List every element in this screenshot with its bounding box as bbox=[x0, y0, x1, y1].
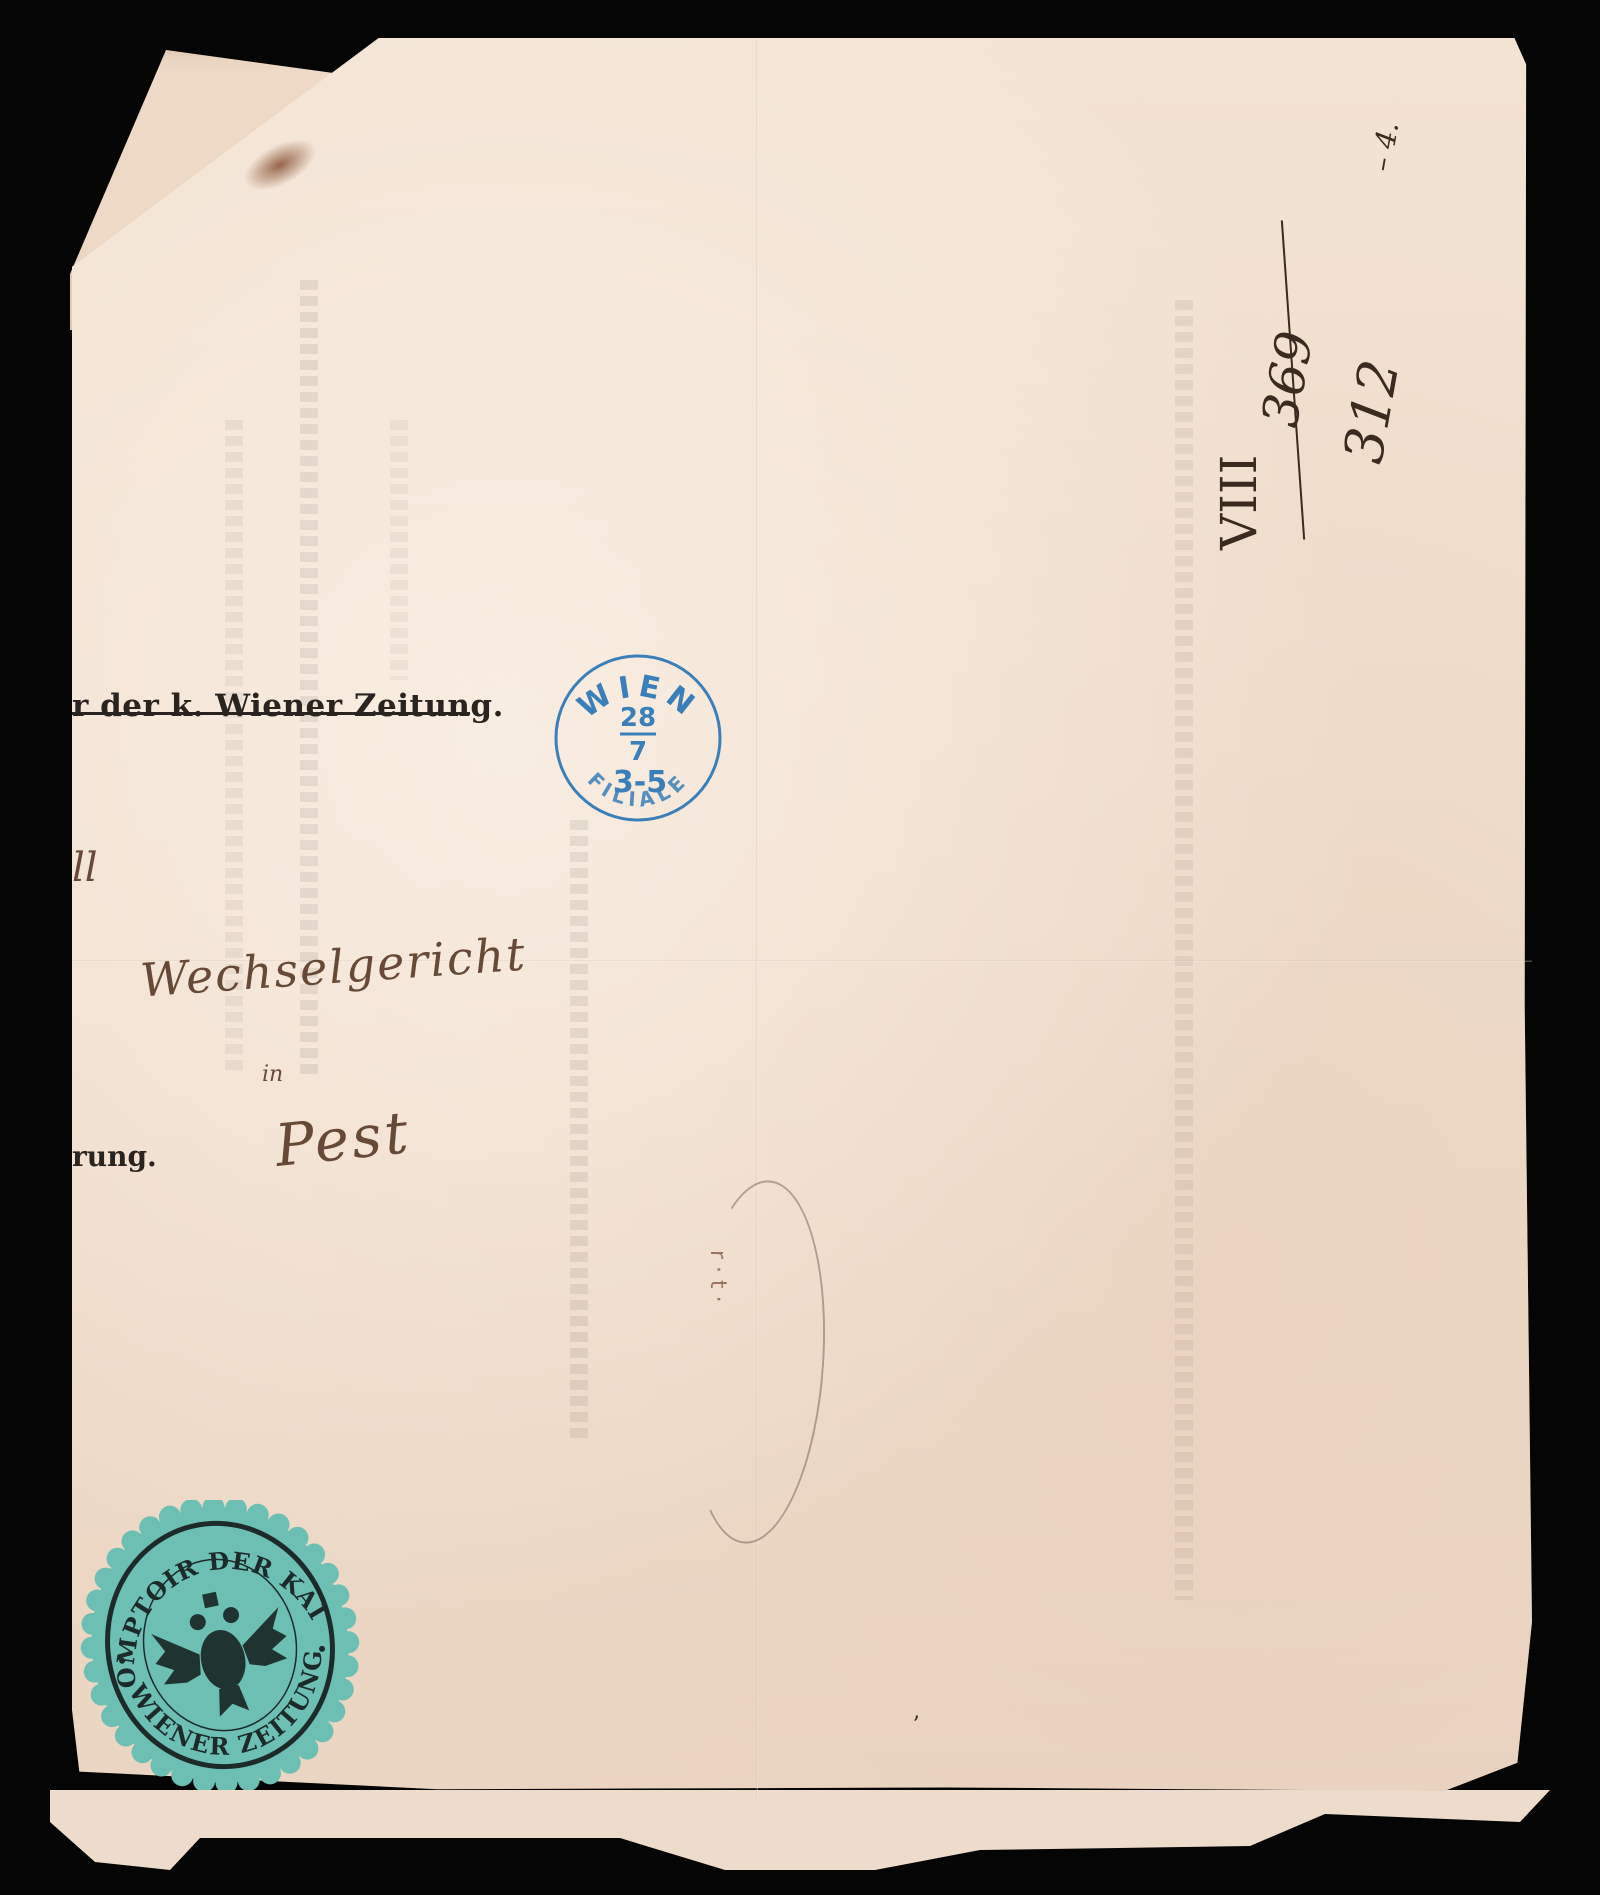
handwritten-preposition: in bbox=[262, 1062, 283, 1087]
bleed-through-text bbox=[1175, 300, 1193, 1600]
printed-text-fragment: rung. bbox=[72, 1140, 157, 1173]
wiener-zeitung-seal: COMPTOIR DER KAIS. WIENER ZEITUNG bbox=[75, 1500, 365, 1790]
registry-annotation: VIII 369 312 – 4. bbox=[1200, 220, 1460, 580]
postmark-circle-icon: WIEN 28 7 3-5 FILIALE bbox=[548, 648, 728, 828]
bleed-through-text bbox=[570, 820, 588, 1440]
registry-number-top: 369 bbox=[1251, 327, 1325, 431]
seal-emblem-icon: COMPTOIR DER KAIS. WIENER ZEITUNG bbox=[75, 1500, 365, 1790]
wien-postmark: WIEN 28 7 3-5 FILIALE bbox=[548, 648, 728, 828]
paper-stack-edge bbox=[50, 1790, 1550, 1870]
bleed-through-text bbox=[390, 420, 408, 680]
pencil-marks: r · t · bbox=[705, 1250, 730, 1303]
registry-number-bottom: 312 bbox=[1332, 355, 1412, 467]
svg-text:28: 28 bbox=[620, 703, 656, 733]
handwritten-partial: ll bbox=[72, 845, 98, 891]
header-rule bbox=[72, 712, 470, 715]
roman-numeral: VIII bbox=[1210, 455, 1268, 550]
handwritten-city: Pest bbox=[272, 1098, 414, 1180]
ink-dot: ʼ bbox=[912, 1713, 919, 1738]
svg-text:7: 7 bbox=[629, 737, 647, 767]
newspaper-header-text: r der k. Wiener Zeitung. bbox=[72, 688, 504, 724]
